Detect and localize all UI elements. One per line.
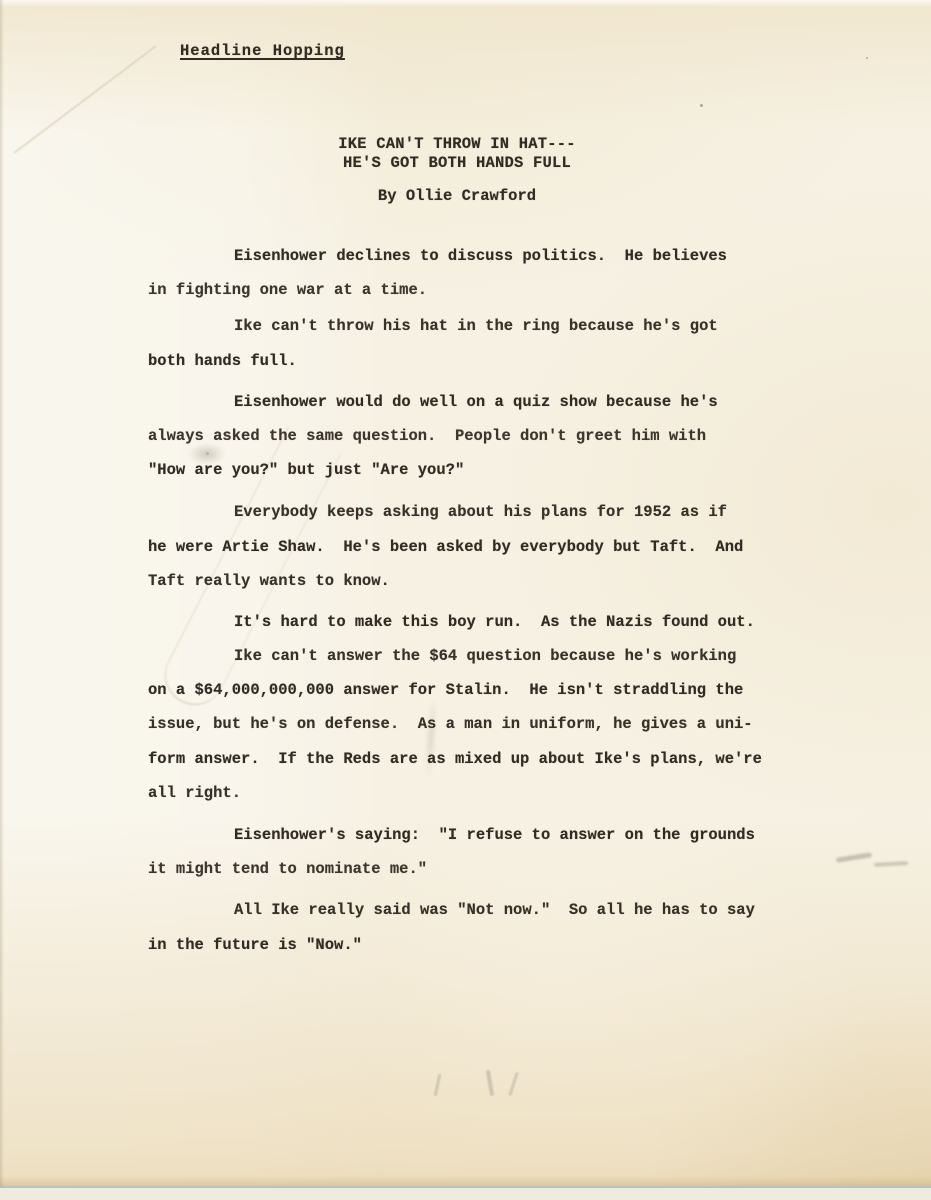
- headline-line-1: IKE CAN'T THROW IN HAT---: [148, 135, 766, 154]
- column-header: Headline Hopping: [180, 42, 345, 60]
- paragraph: All Ike really said was "Not now." So al…: [148, 893, 788, 961]
- typewritten-document-page: Headline Hopping IKE CAN'T THROW IN HAT-…: [0, 0, 931, 1200]
- scan-edge-top: [0, 0, 931, 7]
- scan-edge-bottom-line: [0, 1186, 931, 1188]
- typed-line: Everybody keeps asking about his plans f…: [148, 495, 788, 529]
- typed-line: "How are you?" but just "Are you?": [148, 453, 788, 487]
- typed-line: on a $64,000,000,000 answer for Stalin. …: [148, 673, 788, 707]
- paper-crease-top-left: [13, 45, 156, 154]
- typed-line: in fighting one war at a time.: [148, 273, 788, 307]
- paragraph: Everybody keeps asking about his plans f…: [148, 495, 788, 598]
- scan-edge-bottom: [0, 1188, 931, 1200]
- paper-speck: [700, 104, 703, 107]
- typed-line: It's hard to make this boy run. As the N…: [148, 605, 788, 639]
- typed-line: all right.: [148, 776, 788, 810]
- typed-line: always asked the same question. People d…: [148, 419, 788, 453]
- paragraph: Eisenhower's saying: "I refuse to answer…: [148, 818, 788, 886]
- typed-line: both hands full.: [148, 344, 788, 378]
- paragraph: It's hard to make this boy run. As the N…: [148, 605, 788, 639]
- typed-line: issue, but he's on defense. As a man in …: [148, 707, 788, 741]
- typed-line: All Ike really said was "Not now." So al…: [148, 893, 788, 927]
- typed-line: in the future is "Now.": [148, 928, 788, 962]
- byline: By Ollie Crawford: [148, 187, 766, 205]
- article-body: Eisenhower declines to discuss politics.…: [148, 239, 788, 962]
- paragraph: Ike can't answer the $64 question becaus…: [148, 639, 788, 810]
- pencil-scribble: [430, 1066, 542, 1100]
- typed-line: Eisenhower's saying: "I refuse to answer…: [148, 818, 788, 852]
- typed-line: Eisenhower declines to discuss politics.…: [148, 239, 788, 273]
- typed-line: form answer. If the Reds are as mixed up…: [148, 742, 788, 776]
- typed-line: Eisenhower would do well on a quiz show …: [148, 385, 788, 419]
- typed-line: Taft really wants to know.: [148, 564, 788, 598]
- headline-line-2: HE'S GOT BOTH HANDS FULL: [148, 154, 766, 173]
- page-bottom-shadow: [0, 1176, 931, 1186]
- scan-edge-left: [0, 0, 4, 1200]
- paragraph: Ike can't throw his hat in the ring beca…: [148, 309, 788, 377]
- typed-line: Ike can't answer the $64 question becaus…: [148, 639, 788, 673]
- typed-line: he were Artie Shaw. He's been asked by e…: [148, 530, 788, 564]
- title-block: IKE CAN'T THROW IN HAT--- HE'S GOT BOTH …: [148, 135, 766, 205]
- pencil-mark: [836, 852, 872, 863]
- typed-line: Ike can't throw his hat in the ring beca…: [148, 309, 788, 343]
- typed-line: it might tend to nominate me.": [148, 852, 788, 886]
- paragraph: Eisenhower would do well on a quiz show …: [148, 385, 788, 488]
- paragraph: Eisenhower declines to discuss politics.…: [148, 239, 788, 307]
- paper-speck: [866, 57, 868, 59]
- pencil-scribble-stroke: [508, 1072, 518, 1096]
- pencil-mark: [874, 861, 908, 867]
